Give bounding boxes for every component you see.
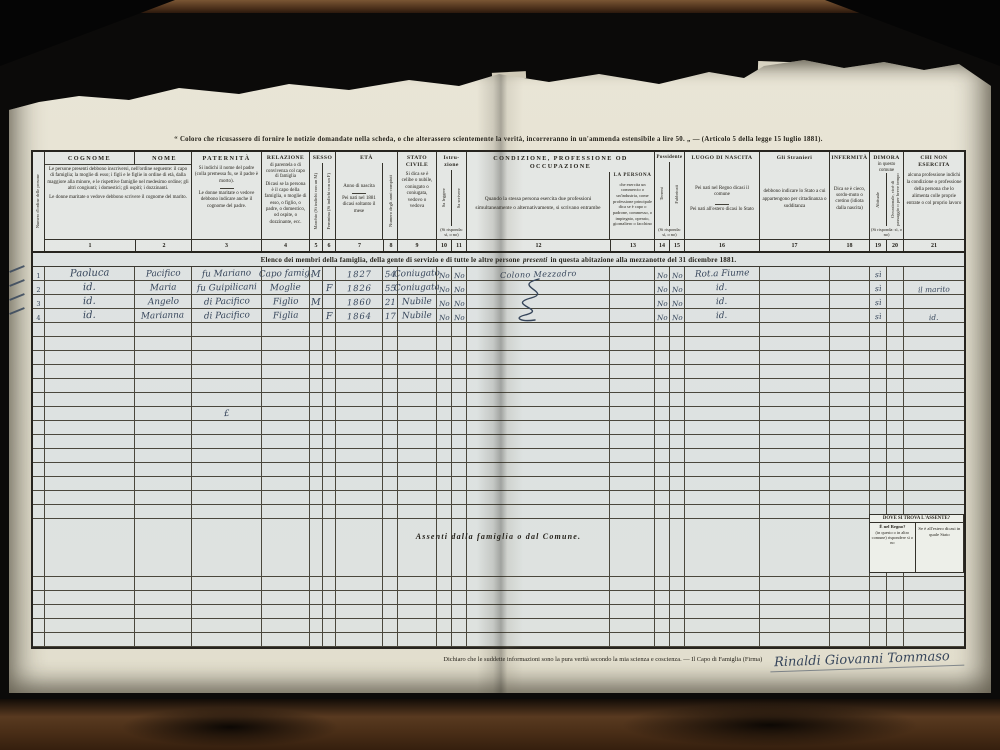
cell-stato (398, 365, 437, 379)
cell-terreni (655, 351, 670, 365)
cell-paternita (192, 323, 262, 337)
cell-scrive (452, 407, 467, 421)
cell-anni (383, 633, 398, 647)
table-row: 3id.Angelodi PacificoFiglioM186021Nubile… (33, 295, 964, 309)
cell-f (323, 365, 336, 379)
cell-persona (610, 393, 655, 407)
cell-condizione: Colono Mezzadro (467, 267, 610, 281)
condizione-desc: Quando la stessa persona esercita due pr… (467, 193, 609, 217)
cell-m (310, 379, 323, 393)
col-number-2: 2 (135, 240, 192, 251)
cell-n: 2 (33, 281, 45, 295)
handwritten-cognome: id. (83, 297, 96, 307)
cell-cognome (45, 393, 135, 407)
cell-infermita (830, 605, 870, 619)
cell-nascita (685, 519, 760, 577)
cell-scrive (452, 351, 467, 365)
cell-scrive: No (452, 309, 467, 323)
cognome-desc-2: Le donne maritate o vedove debbono scriv… (47, 195, 189, 201)
handwritten-n: 3 (36, 301, 40, 308)
sa-leggere-label: Sa leggere (441, 188, 446, 207)
stranieri-desc: debbono indicare lo Stato a cui apparten… (760, 163, 829, 239)
cell-n (33, 337, 45, 351)
cell-cognome (45, 407, 135, 421)
cell-dim_oc (887, 605, 904, 619)
la-persona-title: LA PERSONA (610, 172, 655, 180)
caption-post: in questa abitazione alla mezzanotte del… (550, 256, 736, 264)
handwritten-fabbricati: No (672, 300, 683, 307)
cell-stato (398, 505, 437, 519)
cell-chi (904, 435, 964, 449)
cell-anno (336, 393, 383, 407)
cell-chi (904, 477, 964, 491)
cell-paternita (192, 477, 262, 491)
infermita-desc: Dica se è cieco, sordo-muto o cretino (i… (830, 163, 869, 239)
cell-anno (336, 519, 383, 577)
table-row: 4id.Mariannadi PacificoFigliaF186417Nubi… (33, 309, 964, 323)
cell-stato (398, 577, 437, 591)
cell-persona (610, 365, 655, 379)
col-group-possidente: Possidente Terreni Fabbricati (Si rispon… (655, 152, 685, 251)
dove-left-cell: È nel Regno? (in questo o in altro comun… (870, 523, 916, 572)
cell-legge (437, 365, 452, 379)
cell-terreni: No (655, 281, 670, 295)
cell-dim_oc (887, 477, 904, 491)
col-number-8: 8 (383, 240, 398, 251)
cell-n (33, 633, 45, 647)
cell-legge (437, 505, 452, 519)
handwritten-m: M (311, 297, 321, 307)
cell-dim_ab (870, 463, 887, 477)
cell-persona (610, 633, 655, 647)
cell-terreni (655, 435, 670, 449)
handwritten-anni: 21 (384, 298, 395, 307)
cell-n (33, 407, 45, 421)
cell-nome (135, 435, 192, 449)
cell-relazione (262, 463, 310, 477)
cell-stato (398, 463, 437, 477)
cell-terreni (655, 407, 670, 421)
margin-pen-stroke (9, 279, 25, 287)
luogo-nascita-title: LUOGO DI NASCITA (685, 152, 759, 163)
dove-title: DOVE SI TROVA L'ASSENTE? (870, 515, 963, 523)
handwritten-scrive: No (454, 300, 465, 307)
cell-dim_oc (887, 591, 904, 605)
table-row (33, 605, 964, 619)
photo-of-census-sheet: “ Coloro che ricusassero di fornire le n… (0, 0, 1000, 750)
cell-dim_oc (887, 295, 904, 309)
cell-n (33, 619, 45, 633)
cell-condizione (467, 393, 610, 407)
cell-m (310, 393, 323, 407)
table-row (33, 519, 964, 577)
head-of-family-signature: Rinaldi Giovanni Tommaso (770, 649, 964, 673)
cell-m (310, 351, 323, 365)
cell-paternita (192, 337, 262, 351)
cell-dim_oc (887, 309, 904, 323)
cell-anno: 1826 (336, 281, 383, 295)
col-group-eta: ETÀ Anno di nascita Pei nati nel 1881 di… (336, 152, 398, 251)
cell-dim_ab (870, 477, 887, 491)
cell-dim_ab: sì (870, 309, 887, 323)
col-number-5: 5 (310, 240, 322, 251)
col-cognome-desc: Le persone presenti debbono inscriversi,… (45, 165, 191, 239)
dimora-subtitle: in questo comune (870, 162, 903, 173)
col-group-sesso: SESSO Maschio (Si indichi con un M) Femm… (310, 152, 336, 251)
eta-desc: Anno di nascita Pei nati nel 1881 dicasi… (336, 182, 382, 221)
cell-relazione (262, 351, 310, 365)
cell-scrive: No (452, 267, 467, 281)
cell-nascita (685, 393, 760, 407)
handwritten-scrive: No (454, 272, 465, 279)
cell-condizione (467, 477, 610, 491)
cell-chi (904, 605, 964, 619)
cell-legge (437, 577, 452, 591)
cell-nome (135, 351, 192, 365)
cell-nome (135, 491, 192, 505)
cell-relazione (262, 633, 310, 647)
cell-infermita (830, 633, 870, 647)
cell-scrive (452, 577, 467, 591)
cell-dim_oc (887, 351, 904, 365)
cell-estero (760, 267, 830, 281)
col-number-21: 21 (904, 240, 964, 251)
cell-anni (383, 519, 398, 577)
relazione-desc-text: Dicasi se la persona è il capo della fam… (264, 182, 307, 227)
cell-legge (437, 351, 452, 365)
cell-anno (336, 337, 383, 351)
col-number-9: 9 (398, 240, 436, 251)
cell-nome (135, 449, 192, 463)
handwritten-relazione: Capo famig. (259, 270, 313, 280)
cell-paternita (192, 619, 262, 633)
cell-stato: Nubile (398, 295, 437, 309)
relazione-title: RELAZIONE (262, 152, 309, 163)
handwritten-nome: Marianna (141, 312, 184, 322)
cell-relazione (262, 619, 310, 633)
cell-nascita (685, 577, 760, 591)
cognome-desc-1: Le persone presenti debbono inscriversi,… (47, 167, 189, 193)
cell-relazione (262, 421, 310, 435)
cell-anni (383, 407, 398, 421)
cell-anni (383, 365, 398, 379)
cell-nascita (685, 591, 760, 605)
cell-stato (398, 435, 437, 449)
handwritten-terreni: No (657, 314, 668, 321)
cell-persona (610, 421, 655, 435)
cell-anni (383, 351, 398, 365)
cell-nascita (685, 351, 760, 365)
cell-condizione (467, 633, 610, 647)
cell-f (323, 435, 336, 449)
col-infermita: INFERMITÀ Dica se è cieco, sordo-muto o … (830, 152, 870, 251)
cell-m (310, 491, 323, 505)
divider-rule (220, 188, 234, 189)
cell-f (323, 351, 336, 365)
cell-chi (904, 379, 964, 393)
handwritten-paternita: £ (224, 410, 230, 419)
cell-n (33, 435, 45, 449)
cell-legge (437, 435, 452, 449)
cell-estero (760, 505, 830, 519)
cell-chi (904, 463, 964, 477)
cell-anni: 21 (383, 295, 398, 309)
col-number-14: 14 (655, 240, 669, 251)
handwritten-fabbricati: No (672, 286, 683, 293)
cell-stato (398, 605, 437, 619)
cell-stato (398, 633, 437, 647)
cell-dim_ab (870, 435, 887, 449)
cell-m (310, 505, 323, 519)
cell-m (310, 337, 323, 351)
infermita-desc-text: Dica se è cieco, sordo-muto o cretino (i… (832, 187, 867, 213)
census-table: Numero d'ordine delle persone COGNOME NO… (31, 150, 966, 649)
declaration-line: Dichiaro che le suddette informazioni so… (31, 650, 964, 667)
cell-paternita (192, 421, 262, 435)
cell-persona (610, 591, 655, 605)
dimora-note: (Si risponda: sì, o no) (870, 226, 903, 239)
cell-dim_ab: sì (870, 267, 887, 281)
handwritten-fabbricati: No (672, 314, 683, 321)
cell-infermita (830, 281, 870, 295)
cell-f (323, 323, 336, 337)
handwritten-legge: No (439, 300, 450, 307)
cell-persona (610, 351, 655, 365)
stranieri-title: Gli Stranieri (760, 152, 829, 163)
cell-estero (760, 295, 830, 309)
cell-chi (904, 633, 964, 647)
cell-m (310, 407, 323, 421)
cell-scrive (452, 477, 467, 491)
cell-terreni: No (655, 309, 670, 323)
table-row (33, 505, 964, 519)
col-chi-non-esercita: CHI NON ESERCITA alcuna professione indi… (904, 152, 964, 251)
cell-paternita: di Pacifico (192, 295, 262, 309)
dimora-title: DIMORA (870, 152, 903, 162)
cell-persona (610, 491, 655, 505)
cell-paternita (192, 505, 262, 519)
cell-m (310, 619, 323, 633)
cell-infermita (830, 577, 870, 591)
handwritten-dim_ab: sì (875, 285, 882, 293)
cell-f (323, 421, 336, 435)
cell-anni (383, 435, 398, 449)
fabbricati-label: Fabbricati (674, 185, 679, 204)
cell-scrive (452, 633, 467, 647)
table-row (33, 477, 964, 491)
cell-fabbricati (670, 351, 685, 365)
cell-paternita (192, 393, 262, 407)
cell-terreni (655, 365, 670, 379)
handwritten-paternita: di Pacifico (203, 312, 249, 322)
abituale-label: Abituale (875, 192, 880, 208)
cell-condizione (467, 323, 610, 337)
occasionale-label: Occasionale, cioè di passaggio o per bre… (890, 173, 900, 226)
photo-corner-left (0, 0, 175, 66)
cell-relazione (262, 577, 310, 591)
cell-estero (760, 519, 830, 577)
cell-dim_ab (870, 633, 887, 647)
cell-anno (336, 421, 383, 435)
cell-fabbricati: No (670, 309, 685, 323)
cell-fabbricati: No (670, 281, 685, 295)
cell-scrive: No (452, 295, 467, 309)
table-wood-bottom (0, 699, 1000, 750)
col-number-15: 15 (669, 240, 684, 251)
cell-persona (610, 379, 655, 393)
cell-stato (398, 421, 437, 435)
col-ordine-label: Numero d'ordine delle persone (36, 174, 41, 228)
cell-n (33, 477, 45, 491)
table-row (33, 463, 964, 477)
table-row (33, 323, 964, 337)
handwritten-n: 1 (36, 273, 40, 280)
cell-dim_oc (887, 323, 904, 337)
col-number-12: 12 (467, 240, 610, 251)
cell-relazione: Capo famig. (262, 267, 310, 281)
cell-relazione (262, 393, 310, 407)
cell-persona (610, 577, 655, 591)
cell-relazione (262, 323, 310, 337)
possidente-note: (Si risponda: sì, o no) (655, 226, 684, 239)
cell-n (33, 577, 45, 591)
cell-n: 4 (33, 309, 45, 323)
cell-n (33, 365, 45, 379)
table-row (33, 379, 964, 393)
cell-infermita (830, 379, 870, 393)
stranieri-desc-text: debbono indicare lo Stato a cui apparten… (762, 188, 827, 211)
cell-dim_oc (887, 435, 904, 449)
cell-f (323, 407, 336, 421)
cell-terreni: No (655, 295, 670, 309)
cell-dim_oc (887, 463, 904, 477)
cell-f (323, 379, 336, 393)
cell-scrive: No (452, 281, 467, 295)
cell-anni (383, 591, 398, 605)
cell-infermita (830, 309, 870, 323)
cell-m (310, 435, 323, 449)
cell-nascita (685, 365, 760, 379)
cell-m (310, 365, 323, 379)
handwritten-anni: 17 (384, 312, 395, 321)
cell-infermita (830, 477, 870, 491)
cell-paternita (192, 435, 262, 449)
cell-m (310, 477, 323, 491)
cell-dim_ab: sì (870, 281, 887, 295)
cell-dim_oc (887, 449, 904, 463)
cell-terreni (655, 477, 670, 491)
cell-relazione (262, 365, 310, 379)
col-stato-civile: STATO CIVILE Si dica se è celibe o nubil… (398, 152, 437, 251)
cell-condizione (467, 491, 610, 505)
cell-nascita (685, 323, 760, 337)
cell-dim_ab (870, 449, 887, 463)
cell-chi (904, 351, 964, 365)
cell-anno (336, 491, 383, 505)
cell-anno (336, 449, 383, 463)
cell-infermita (830, 449, 870, 463)
chi-desc-text: alcuna professione indichi la condizione… (906, 172, 962, 207)
cell-cognome: id. (45, 295, 135, 309)
cell-condizione (467, 379, 610, 393)
cell-estero (760, 491, 830, 505)
cell-persona (610, 295, 655, 309)
col-group-condizione: CONDIZIONE, PROFESSIONE OD OCCUPAZIONE Q… (467, 152, 655, 251)
cell-chi (904, 407, 964, 421)
cell-f: F (323, 281, 336, 295)
cell-stato: Nubile (398, 309, 437, 323)
cell-fabbricati (670, 591, 685, 605)
cell-cognome (45, 591, 135, 605)
handwritten-cognome: id. (83, 283, 96, 293)
divider-rule (352, 193, 366, 194)
cell-f (323, 477, 336, 491)
cell-anno: 1864 (336, 309, 383, 323)
cell-estero (760, 379, 830, 393)
cell-condizione (467, 407, 610, 421)
cell-relazione (262, 407, 310, 421)
cell-n (33, 449, 45, 463)
cell-nome (135, 577, 192, 591)
cell-terreni (655, 379, 670, 393)
cell-cognome (45, 365, 135, 379)
cell-nascita: Rot.a Fiume (685, 267, 760, 281)
cell-cognome (45, 379, 135, 393)
cell-relazione (262, 505, 310, 519)
cell-dim_ab (870, 605, 887, 619)
col-group-dimora: DIMORA in questo comune Abituale Occasio… (870, 152, 904, 251)
col-group-cognome-nome: COGNOME NOME Le persone presenti debbono… (45, 152, 192, 251)
eta-desc-1: Anno di nascita (338, 184, 380, 190)
cell-dim_ab (870, 591, 887, 605)
cell-dim_oc (887, 267, 904, 281)
cell-infermita (830, 519, 870, 577)
photo-corner-right (825, 0, 1000, 66)
cell-anni (383, 421, 398, 435)
cell-f (323, 519, 336, 577)
cell-dim_oc (887, 633, 904, 647)
cell-infermita (830, 435, 870, 449)
cell-scrive (452, 379, 467, 393)
cell-anni (383, 393, 398, 407)
infermita-title: INFERMITÀ (830, 152, 869, 163)
handwritten-m: M (311, 269, 321, 279)
cell-fabbricati: No (670, 295, 685, 309)
la-persona-desc: che esercita un commercio o un'industria… (610, 180, 655, 239)
cell-estero (760, 365, 830, 379)
declaration-text: Dichiaro che le suddette informazioni so… (443, 656, 762, 663)
cell-estero (760, 281, 830, 295)
cell-stato (398, 619, 437, 633)
cell-persona (610, 281, 655, 295)
cell-stato (398, 477, 437, 491)
cell-dim_oc (887, 421, 904, 435)
handwritten-relazione: Figlio (273, 298, 299, 307)
census-sheet-paper: “ Coloro che ricusassero di fornire le n… (9, 58, 991, 693)
cell-terreni (655, 591, 670, 605)
handwritten-relazione: Moglie (270, 284, 301, 294)
cell-nascita (685, 633, 760, 647)
cell-dim_ab (870, 407, 887, 421)
col-number-20: 20 (886, 240, 903, 251)
cell-terreni (655, 421, 670, 435)
cell-dim_oc (887, 491, 904, 505)
sesso-title: SESSO (310, 152, 335, 163)
nascita-desc-2: Pei nati all'estero dicasi lo Stato (687, 207, 757, 213)
cell-chi (904, 619, 964, 633)
cell-fabbricati (670, 379, 685, 393)
cell-paternita (192, 463, 262, 477)
